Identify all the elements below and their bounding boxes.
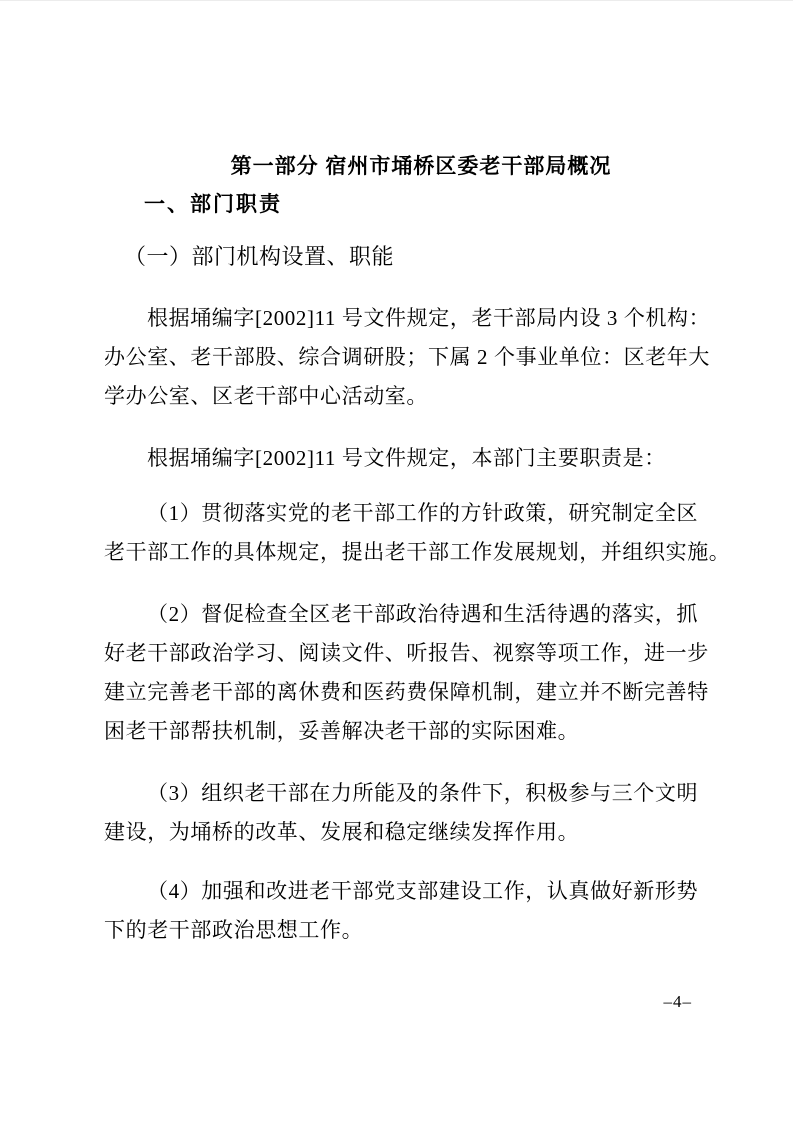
paragraph: （4）加强和改进老干部党支部建设工作，认真做好新形势 下的老干部政治思想工作。	[104, 872, 692, 950]
paragraph-line: （3）组织老干部在力所能及的条件下，积极参与三个文明	[104, 774, 692, 813]
document-page: 第一部分 宿州市埇桥区委老干部局概况 一、部门职责 （一）部门机构设置、职能 根…	[0, 0, 793, 1122]
paragraph: （3）组织老干部在力所能及的条件下，积极参与三个文明 建设，为埇桥的改革、发展和…	[104, 774, 692, 852]
paragraph-line: 困老干部帮扶机制，妥善解决老干部的实际困难。	[104, 712, 692, 751]
paragraph: 根据埇编字[2002]11 号文件规定，老干部局内设 3 个机构： 办公室、老干…	[104, 299, 692, 416]
paragraph-line: （1）贯彻落实党的老干部工作的方针政策，研究制定全区	[104, 494, 692, 533]
paragraph-line: （2）督促检查全区老干部政治待遇和生活待遇的落实，抓	[104, 595, 692, 634]
paragraph-line: 好老干部政治学习、阅读文件、听报告、视察等项工作，进一步	[104, 634, 692, 673]
document-title: 第一部分 宿州市埇桥区委老干部局概况	[104, 147, 692, 187]
paragraph-line: 办公室、老干部股、综合调研股；下属 2 个事业单位：区老年大	[104, 338, 692, 377]
paragraph-line: 建设，为埇桥的改革、发展和稳定继续发挥作用。	[104, 813, 692, 852]
paragraph-line: 建立完善老干部的离休费和医药费保障机制，建立并不断完善特	[104, 673, 692, 712]
subsection-heading: （一）部门机构设置、职能	[104, 237, 692, 277]
paragraph: （2）督促检查全区老干部政治待遇和生活待遇的落实，抓 好老干部政治学习、阅读文件…	[104, 595, 692, 751]
paragraph-line: 学办公室、区老干部中心活动室。	[104, 377, 692, 416]
paragraph-line: （4）加强和改进老干部党支部建设工作，认真做好新形势	[104, 872, 692, 911]
paragraph: 根据埇编字[2002]11 号文件规定，本部门主要职责是：	[104, 439, 692, 478]
paragraph-line: 下的老干部政治思想工作。	[104, 911, 692, 950]
section-heading: 一、部门职责	[104, 187, 692, 223]
paragraph-line: 根据埇编字[2002]11 号文件规定，老干部局内设 3 个机构：	[104, 299, 692, 338]
paragraph-line: 老干部工作的具体规定，提出老干部工作发展规划，并组织实施。	[104, 533, 692, 572]
paragraph: （1）贯彻落实党的老干部工作的方针政策，研究制定全区 老干部工作的具体规定，提出…	[104, 494, 692, 572]
paragraph-line: 根据埇编字[2002]11 号文件规定，本部门主要职责是：	[104, 439, 692, 478]
page-number: –4–	[104, 992, 692, 1012]
document-content: 第一部分 宿州市埇桥区委老干部局概况 一、部门职责 （一）部门机构设置、职能 根…	[104, 1, 692, 1012]
